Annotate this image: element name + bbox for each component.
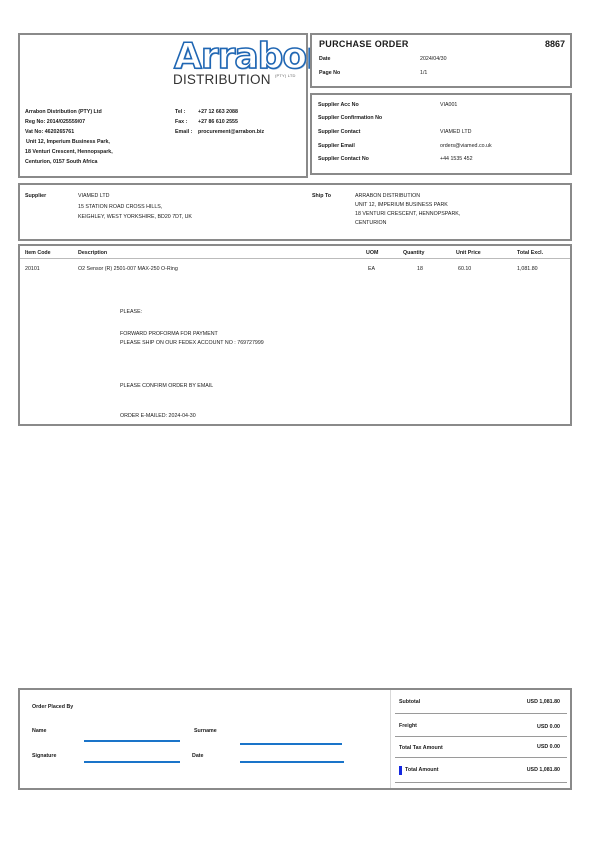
logo-sub-text: DISTRIBUTION [173,72,271,87]
company-name: Arrabon Distribution (PTY) Ltd [25,109,102,116]
supplier-email-value: orders@viamed.co.uk [440,143,492,150]
page-value: 1/1 [420,70,427,77]
col-header-quantity: Quantity [403,250,424,257]
email-label: Email : [175,129,192,136]
note-line: PLEASE CONFIRM ORDER BY EMAIL [120,383,213,390]
subtotal-label: Subtotal [399,699,420,706]
ship-to-address-line: 18 VENTURI CRESCENT, HENNOPSPARK, [355,211,460,218]
supplier-acc-label: Supplier Acc No [318,102,359,109]
col-header-total-excl: Total Excl. [517,250,543,257]
supplier-address-line: KEIGHLEY, WEST YORKSHIRE, BD20 7DT, UK [78,214,192,221]
total-accent-bar [399,766,402,775]
company-address-line: 18 Venturi Crescent, Hennopspark, [25,149,113,156]
name-input-line[interactable] [84,740,180,742]
cell-item-code: 20101 [25,266,40,273]
page-label: Page No [319,70,340,77]
po-header-panel: PURCHASE ORDER 8867 Date 2024/04/30 Page… [310,33,572,88]
supplier-contact-label: Supplier Contact [318,129,360,136]
logo-brand-text: Arrabon [174,38,331,76]
tax-label: Total Tax Amount [399,745,443,752]
subtotal-value: USD 1,081.80 [527,699,560,706]
supplier-contact-value: VIAMED LTD [440,129,471,136]
total-amount-value: USD 1,081.80 [527,767,560,774]
note-line: PLEASE SHIP ON OUR FEDEX ACCOUNT NO : 76… [120,340,264,347]
supplier-info-panel: Supplier Acc No VIA001 Supplier Confirma… [310,93,572,175]
cell-uom: EA [368,266,375,273]
supplier-email-label: Supplier Email [318,143,355,150]
email-value: procurement@arrabon.biz [198,129,264,136]
surname-input-line[interactable] [240,743,342,745]
po-number: 8867 [545,39,565,49]
ship-to-label: Ship To [312,193,331,200]
footer-panel: Order Placed By Name Surname Signature D… [18,688,572,790]
page-title: PURCHASE ORDER [319,39,409,49]
fax-value: +27 86 610 2555 [198,119,238,126]
totals-divider [395,736,567,737]
name-label: Name [32,728,46,735]
freight-value: USD 0.00 [537,724,560,731]
col-header-description: Description [78,250,107,257]
ship-to-address-line: UNIT 12, IMPERIUM BUSINESS PARK [355,202,448,209]
totals-separator [390,690,391,788]
company-info-panel: Arrabon DISTRIBUTION (PTY) LTD Arrabon D… [18,33,308,178]
supplier-address-line: 15 STATION ROAD CROSS HILLS, [78,204,162,211]
signature-input-line[interactable] [84,761,180,763]
totals-divider [395,713,567,714]
supplier-address-line: VIAMED LTD [78,193,109,200]
cell-quantity: 18 [417,266,423,273]
fax-label: Fax : [175,119,187,126]
ship-to-address-line: ARRABON DISTRIBUTION [355,193,420,200]
supplier-conf-label: Supplier Confirmation No [318,115,382,122]
line-items-table: Item Code Description UOM Quantity Unit … [18,244,572,426]
supplier-phone-label: Supplier Contact No [318,156,369,163]
logo-pty-text: (PTY) LTD [275,73,296,78]
surname-label: Surname [194,728,217,735]
header-divider [20,258,570,259]
freight-label: Freight [399,723,417,730]
totals-divider [395,782,567,783]
cell-description: O2 Sensor (R) 2501-007 MAX-250 O-Ring [78,266,178,273]
parties-panel: Supplier VIAMED LTD 15 STATION ROAD CROS… [18,183,572,241]
cell-total-excl: 1,081.80 [517,266,538,273]
date-label: Date [192,753,203,760]
col-header-uom: UOM [366,250,378,257]
company-vat-no: Vat No: 4620265761 [25,129,74,136]
ship-to-address-line: CENTURION [355,220,387,227]
supplier-acc-value: VIA001 [440,102,457,109]
placed-by-label: Order Placed By [32,704,73,711]
note-line: PLEASE: [120,309,142,316]
note-line: FORWARD PROFORMA FOR PAYMENT [120,331,218,338]
company-logo: Arrabon DISTRIBUTION (PTY) LTD [170,38,310,92]
company-reg-no: Reg No: 2014/025559/07 [25,119,85,126]
col-header-unit-price: Unit Price [456,250,481,257]
supplier-label: Supplier [25,193,46,200]
date-input-line[interactable] [240,761,344,763]
totals-divider [395,757,567,758]
signature-label: Signature [32,753,56,760]
supplier-phone-value: +44 1535 452 [440,156,473,163]
company-address-line: Centurion, 0157 South Africa [25,159,98,166]
note-line: ORDER E-MAILED: 2024-04-30 [120,413,196,420]
tel-value: +27 12 663 2088 [198,109,238,116]
cell-unit-price: 60.10 [458,266,471,273]
tax-value: USD 0.00 [537,744,560,751]
total-amount-label: Total Amount [405,767,439,774]
company-address-line: Unit 12, Imperium Business Park, [26,139,110,146]
tel-label: Tel : [175,109,186,116]
col-header-item-code: Item Code [25,250,51,257]
date-label: Date [319,56,330,63]
date-value: 2024/04/30 [420,56,447,63]
